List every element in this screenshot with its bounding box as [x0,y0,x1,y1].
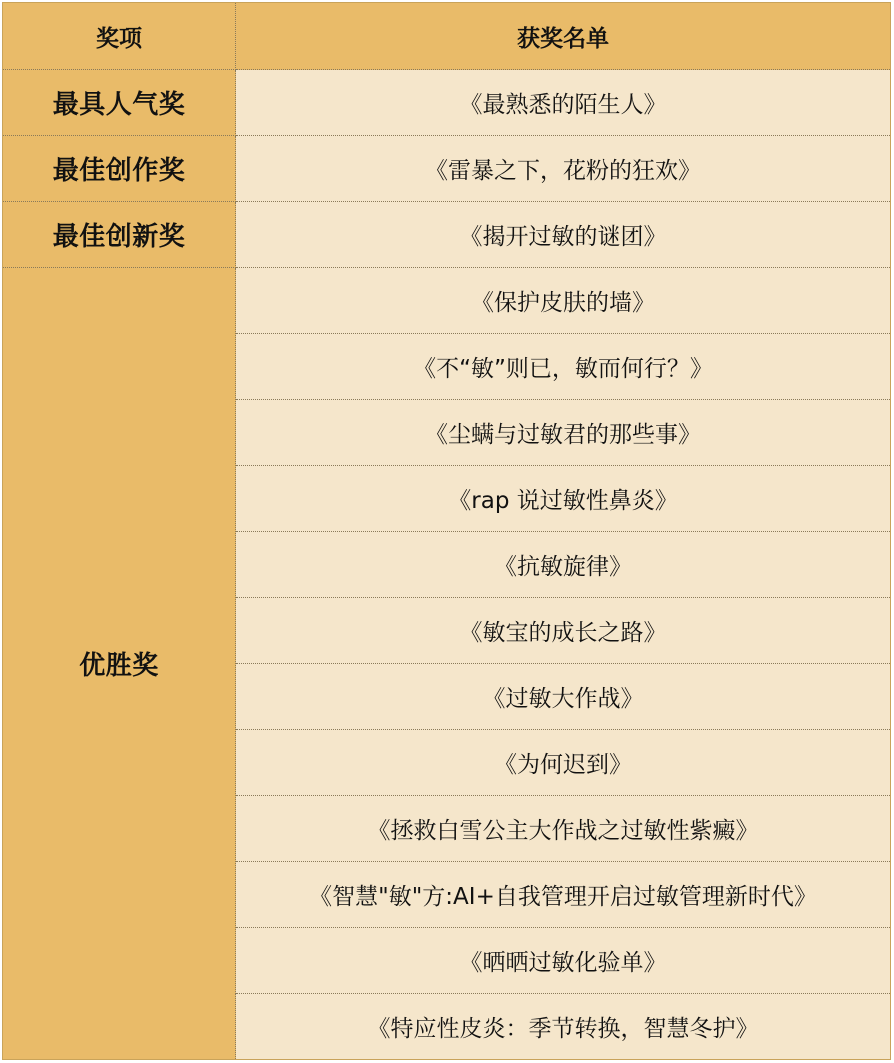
header-winners: 获奖名单 [236,3,891,70]
winner-cell: 《抗敏旋律》 [236,532,891,598]
winner-cell: 《揭开过敏的谜团》 [236,202,891,268]
winner-cell: 《不“敏”则已，敏而何行？》 [236,334,891,400]
winner-cell: 《最熟悉的陌生人》 [236,70,891,136]
winner-cell: 《雷暴之下，花粉的狂欢》 [236,136,891,202]
winner-cell: 《为何迟到》 [236,730,891,796]
table-row: 最具人气奖 《最熟悉的陌生人》 [3,70,891,136]
winner-cell: 《智慧"敏"方:AI+自我管理开启过敏管理新时代》 [236,862,891,928]
winner-cell: 《过敏大作战》 [236,664,891,730]
awards-table: 奖项 获奖名单 最具人气奖 《最熟悉的陌生人》 最佳创作奖 《雷暴之下，花粉的狂… [2,2,891,1060]
award-excellence: 优胜奖 [3,268,236,1060]
winner-cell: 《晒晒过敏化验单》 [236,928,891,994]
award-best-innovation: 最佳创新奖 [3,202,236,268]
winner-cell: 《保护皮肤的墙》 [236,268,891,334]
winner-cell: 《rap 说过敏性鼻炎》 [236,466,891,532]
table-header-row: 奖项 获奖名单 [3,3,891,70]
winner-cell: 《特应性皮炎：季节转换，智慧冬护》 [236,994,891,1060]
table-row: 优胜奖 《保护皮肤的墙》 [3,268,891,334]
header-award: 奖项 [3,3,236,70]
award-most-popular: 最具人气奖 [3,70,236,136]
winner-cell: 《尘螨与过敏君的那些事》 [236,400,891,466]
winner-cell: 《敏宝的成长之路》 [236,598,891,664]
table-row: 最佳创新奖 《揭开过敏的谜团》 [3,202,891,268]
winner-cell: 《拯救白雪公主大作战之过敏性紫癜》 [236,796,891,862]
table-row: 最佳创作奖 《雷暴之下，花粉的狂欢》 [3,136,891,202]
award-best-creation: 最佳创作奖 [3,136,236,202]
